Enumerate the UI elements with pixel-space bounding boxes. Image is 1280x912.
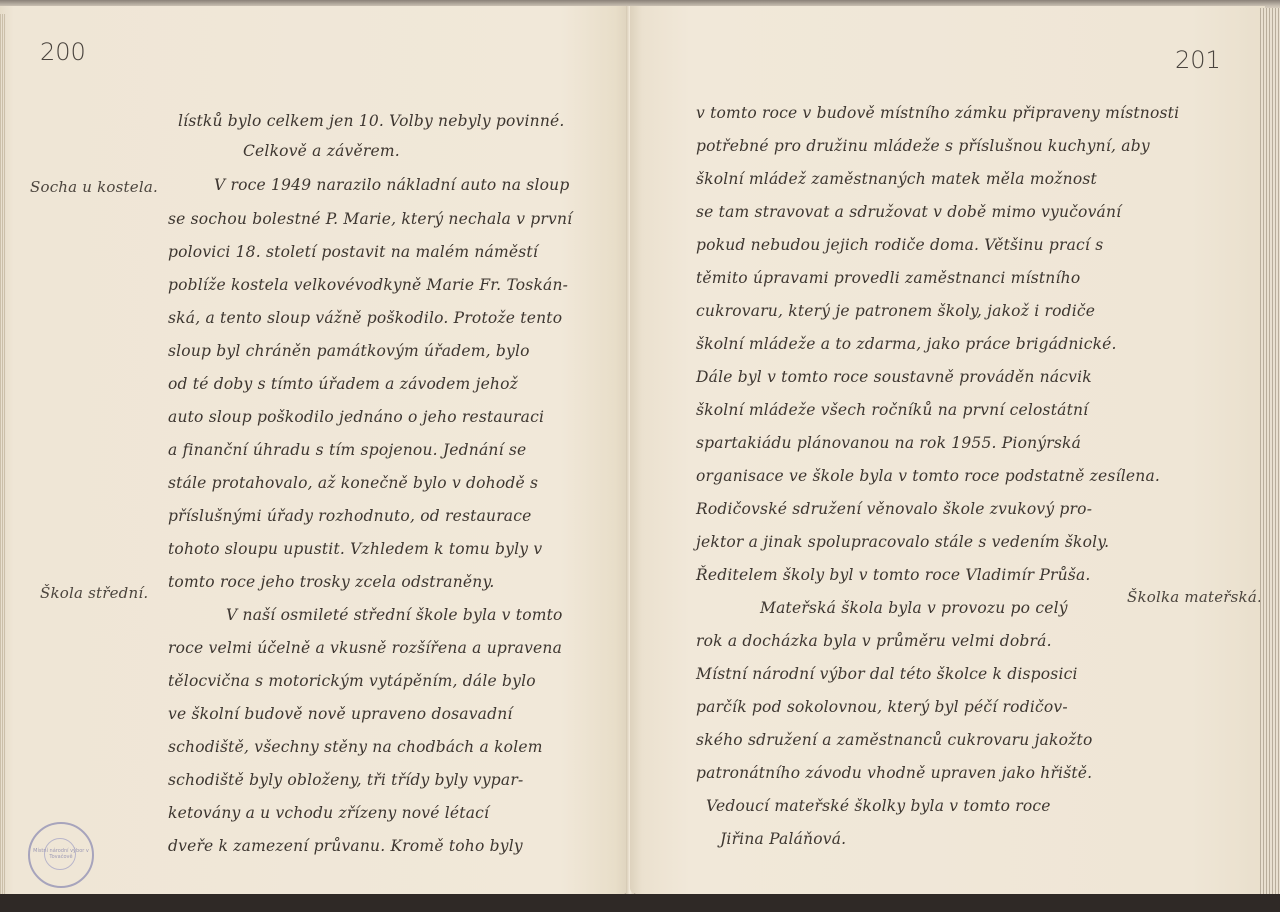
- text-line: polovici 18. století postavit na malém n…: [168, 243, 538, 261]
- text-line: spartakiádu plánovanou na rok 1955. Pion…: [696, 434, 1081, 452]
- text-line: roce velmi účelně a vkusně rozšířena a u…: [168, 639, 562, 657]
- text-line: tělocvična s motorickým vytápěním, dále …: [168, 672, 536, 690]
- text-line: cukrovaru, který je patronem školy, jako…: [696, 302, 1095, 320]
- text-line: stále protahovalo, až konečně bylo v doh…: [168, 474, 538, 492]
- text-line: V naší osmileté střední škole byla v tom…: [226, 606, 563, 624]
- text-line: lístků bylo celkem jen 10. Volby nebyly …: [178, 112, 565, 130]
- stamp-text: Místní národní výbor v Tovačově: [30, 848, 92, 860]
- text-line: Rodičovské sdružení věnovalo škole zvuko…: [696, 500, 1092, 518]
- open-book: 200 Socha u kostela. Škola střední. líst…: [0, 0, 1280, 900]
- text-line: tohoto sloupu upustit. Vzhledem k tomu b…: [168, 540, 542, 558]
- text-line: sloup byl chráněn památkovým úřadem, byl…: [168, 342, 530, 360]
- text-line: se sochou bolestné P. Marie, který necha…: [168, 210, 572, 228]
- text-line: Vedoucí mateřské školky byla v tomto roc…: [706, 797, 1051, 815]
- text-line: schodiště, všechny stěny na chodbách a k…: [168, 738, 543, 756]
- text-line: tomto roce jeho trosky zcela odstraněny.: [168, 573, 494, 591]
- section-heading: Celkově a závěrem.: [243, 142, 400, 160]
- text-line: rok a docházka byla v průměru velmi dobr…: [696, 632, 1052, 650]
- text-line: dveře k zamezení průvanu. Kromě toho byl…: [168, 837, 523, 855]
- page-number-right: 201: [1175, 46, 1221, 74]
- margin-note: Škola střední.: [40, 584, 148, 602]
- page-number-left: 200: [40, 38, 86, 66]
- text-line: patronátního závodu vhodně upraven jako …: [696, 764, 1092, 782]
- text-line: V roce 1949 narazilo nákladní auto na sl…: [214, 176, 569, 194]
- text-line: poblíže kostela velkovévodkyně Marie Fr.…: [168, 276, 568, 294]
- margin-note: Školka mateřská.: [1127, 588, 1262, 606]
- text-line: ská, a tento sloup vážně poškodilo. Prot…: [168, 309, 562, 327]
- text-line: od té doby s tímto úřadem a závodem jeho…: [168, 375, 518, 393]
- left-page: 200 Socha u kostela. Škola střední. líst…: [0, 6, 630, 894]
- text-line: ského sdružení a zaměstnanců cukrovaru j…: [696, 731, 1092, 749]
- text-line: se tam stravovat a sdružovat v době mimo…: [696, 203, 1121, 221]
- text-line: ketovány a u vchodu zřízeny nové létací: [168, 804, 489, 822]
- text-line: Ředitelem školy byl v tomto roce Vladimí…: [696, 566, 1091, 584]
- left-page-edges: [0, 14, 6, 900]
- margin-note: Socha u kostela.: [30, 178, 158, 196]
- text-line: Místní národní výbor dal této školce k d…: [696, 665, 1078, 683]
- text-line: školní mládeže a to zdarma, jako práce b…: [696, 335, 1117, 353]
- text-line: potřebné pro družinu mládeže s příslušno…: [696, 137, 1150, 155]
- text-line: schodiště byly obloženy, tři třídy byly …: [168, 771, 523, 789]
- text-line: ve školní budově nově upraveno dosavadní: [168, 705, 513, 723]
- text-line: pokud nebudou jejich rodiče doma. Většin…: [696, 236, 1103, 254]
- right-page-edges: [1260, 8, 1280, 896]
- text-line: těmito úpravami provedli zaměstnanci mís…: [696, 269, 1080, 287]
- text-line: a finanční úhradu s tím spojenou. Jednán…: [168, 441, 526, 459]
- table-surface: [0, 894, 1280, 912]
- text-line: Mateřská škola byla v provozu po celý: [760, 599, 1068, 617]
- text-line: školní mládeže všech ročníků na první ce…: [696, 401, 1088, 419]
- text-line: příslušnými úřady rozhodnuto, od restaur…: [168, 507, 532, 525]
- text-line: parčík pod sokolovnou, který byl péčí ro…: [696, 698, 1068, 716]
- signature-line: Jiřina Paláňová.: [720, 830, 846, 848]
- text-line: Dále byl v tomto roce soustavně prováděn…: [696, 368, 1092, 386]
- text-line: jektor a jinak spolupracovalo stále s ve…: [696, 533, 1109, 551]
- right-page: 201 Školka mateřská. v tomto roce v budo…: [630, 6, 1265, 894]
- text-line: v tomto roce v budově místního zámku při…: [696, 104, 1179, 122]
- text-line: organisace ve škole byla v tomto roce po…: [696, 467, 1160, 485]
- text-line: auto sloup poškodilo jednáno o jeho rest…: [168, 408, 544, 426]
- official-stamp: Místní národní výbor v Tovačově: [28, 822, 94, 888]
- text-line: školní mládež zaměstnaných matek měla mo…: [696, 170, 1097, 188]
